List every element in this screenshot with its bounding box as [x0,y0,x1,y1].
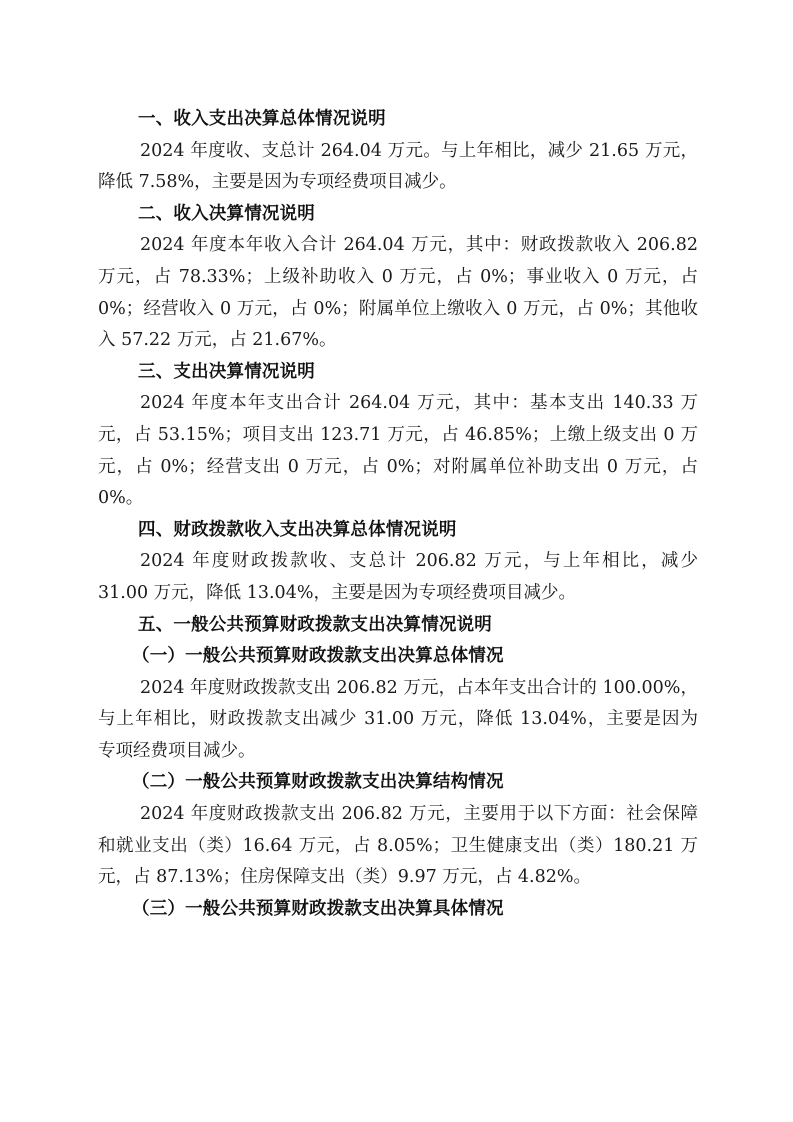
text-line: 0%；经营收入 0 万元，占 0%；附属单位上缴收入 0 万元，占 0%；其他收 [98,294,698,326]
section-heading-general-public-budget: 五、一般公共预算财政拨款支出决算情况说明 [98,610,698,642]
text-line: 元，占 0%；经营支出 0 万元，占 0%；对附属单位补助支出 0 万元，占 [98,452,698,484]
paragraph-fiscal-appropriation-overall: 2024 年度财政拨款收、支总计 206.82 万元，与上年相比，减少 31.0… [98,546,698,609]
paragraph-general-budget-overall: 2024 年度财政拨款支出 206.82 万元，占本年支出合计的 100.00%… [98,673,698,768]
section-heading-expenditure: 三、支出决算情况说明 [98,357,698,389]
section-heading-fiscal-appropriation-overall: 四、财政拨款收入支出决算总体情况说明 [98,515,698,547]
text-line: 2024 年度财政拨款支出 206.82 万元，占本年支出合计的 100.00%… [98,673,698,705]
text-line: 2024 年度本年支出合计 264.04 万元，其中：基本支出 140.33 万 [98,388,698,420]
paragraph-income: 2024 年度本年收入合计 264.04 万元，其中：财政拨款收入 206.82… [98,230,698,356]
subsection-heading-structure: （二）一般公共预算财政拨款支出决算结构情况 [98,767,698,799]
text-line: 与上年相比，财政拨款支出减少 31.00 万元，降低 13.04%，主要是因为 [98,704,698,736]
text-line: 万元，占 78.33%；上级补助收入 0 万元，占 0%；事业收入 0 万元，占 [98,262,698,294]
text-line: 降低 7.58%，主要是因为专项经费项目减少。 [98,167,698,199]
paragraph-overall-income-expenditure: 2024 年度收、支总计 264.04 万元。与上年相比，减少 21.65 万元… [98,136,698,199]
text-line: 2024 年度财政拨款支出 206.82 万元，主要用于以下方面：社会保障 [98,799,698,831]
document-page: 一、收入支出决算总体情况说明 2024 年度收、支总计 264.04 万元。与上… [0,0,793,1122]
text-line: 2024 年度财政拨款收、支总计 206.82 万元，与上年相比，减少 [98,546,698,578]
text-line: 0%。 [98,483,698,515]
text-line: 专项经费项目减少。 [98,736,698,768]
subsection-heading-overall: （一）一般公共预算财政拨款支出决算总体情况 [98,641,698,673]
section-heading-overall-income-expenditure: 一、收入支出决算总体情况说明 [98,104,698,136]
section-heading-income: 二、收入决算情况说明 [98,199,698,231]
paragraph-general-budget-structure: 2024 年度财政拨款支出 206.82 万元，主要用于以下方面：社会保障 和就… [98,799,698,894]
paragraph-expenditure: 2024 年度本年支出合计 264.04 万元，其中：基本支出 140.33 万… [98,388,698,514]
text-line: 31.00 万元，降低 13.04%，主要是因为专项经费项目减少。 [98,578,698,610]
text-line: 入 57.22 万元，占 21.67%。 [98,325,698,357]
text-line: 元，占 87.13%；住房保障支出（类）9.97 万元，占 4.82%。 [98,862,698,894]
text-line: 元，占 53.15%；项目支出 123.71 万元，占 46.85%；上缴上级支… [98,420,698,452]
text-line: 和就业支出（类）16.64 万元，占 8.05%；卫生健康支出（类）180.21… [98,831,698,863]
text-line: 2024 年度本年收入合计 264.04 万元，其中：财政拨款收入 206.82 [98,230,698,262]
document-body: 一、收入支出决算总体情况说明 2024 年度收、支总计 264.04 万元。与上… [98,104,698,925]
text-line: 2024 年度收、支总计 264.04 万元。与上年相比，减少 21.65 万元… [98,136,698,168]
subsection-heading-details: （三）一般公共预算财政拨款支出决算具体情况 [98,894,698,926]
